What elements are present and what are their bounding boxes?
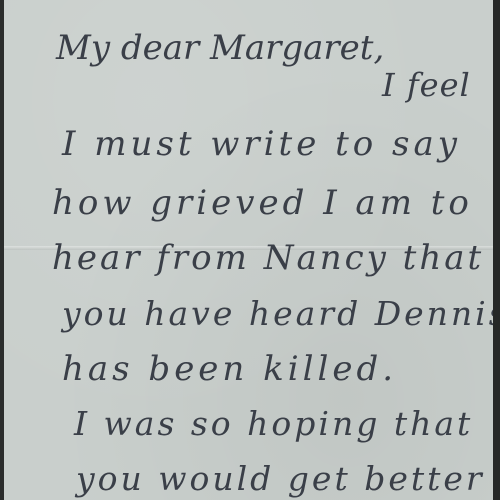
letter-line-5: hear from Nancy that: [52, 238, 484, 278]
letter-line-9: you would get better: [76, 459, 485, 498]
letter-line-4: how grieved I am to: [52, 183, 473, 223]
letter-line-6: you have heard Dennis: [62, 294, 493, 333]
salutation: My dear Margaret,: [56, 28, 384, 68]
letter-line-7: has been killed.: [62, 349, 397, 389]
letter-line-8: I was so hoping that: [74, 404, 473, 443]
letter-line-2: I feel: [382, 66, 471, 104]
letter-line-3: I must write to say: [62, 124, 461, 164]
letter-page: My dear Margaret, I feel I must write to…: [4, 0, 493, 500]
scan-border-right: [493, 0, 500, 500]
